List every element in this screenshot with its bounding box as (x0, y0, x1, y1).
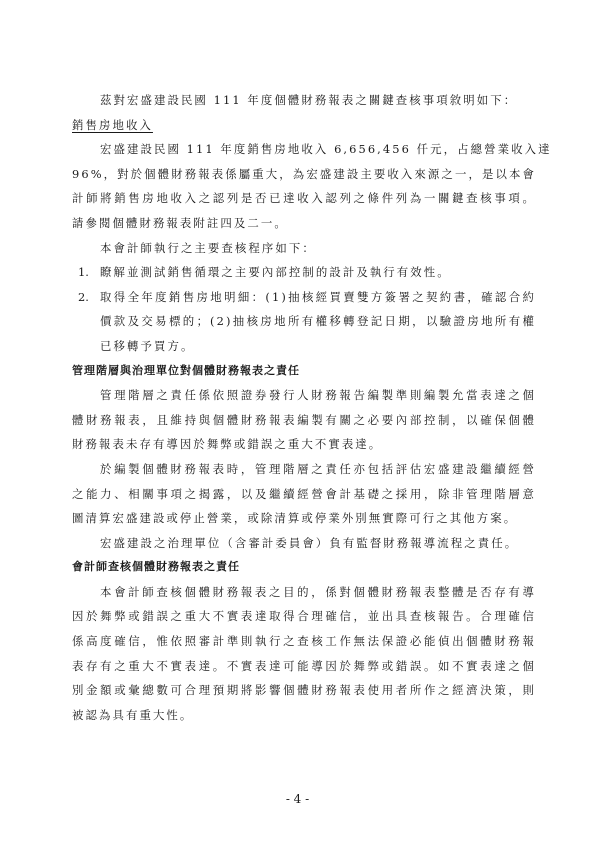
document-page: 茲對宏盛建設民國 111 年度個體財務報表之關鍵查核事項敘明如下： 銷售房地收入… (72, 88, 536, 727)
paragraph-line: 請參閱個體財務報表附註四及二一。 (72, 211, 536, 236)
paragraph-line: 宏盛建設之治理單位（含審計委員會）負有監督財務報導流程之責任。 (72, 531, 536, 556)
paragraph-line: 之能力、相關事項之揭露，以及繼續經營會計基礎之採用，除非管理階層意 (72, 482, 536, 507)
list-text-continued: 已移轉予買方。 (72, 334, 536, 359)
list-number: 1. (78, 260, 89, 285)
paragraph-line: 財務報表未存有導因於舞弊或錯誤之重大不實表達。 (72, 432, 536, 457)
page-number: - 4 - (0, 792, 595, 806)
paragraph-line: 體財務報表，且維持與個體財務報表編製有關之必要內部控制，以確保個體 (72, 408, 536, 433)
paragraph-line: 因於舞弊或錯誤之重大不實表達取得合理確信，並出具查核報告。合理確信 (72, 604, 536, 629)
paragraph-line: 96%，對於個體財務報表係屬重大，為宏盛建設主要收入來源之一，是以本會 (72, 162, 536, 187)
procedures-intro: 本會計師執行之主要查核程序如下： (72, 236, 536, 261)
list-text: 取得全年度銷售房地明細：(1)抽核經買賣雙方簽署之契約書，確認合約 (100, 285, 536, 310)
section-heading-management-responsibility: 管理階層與治理單位對個體財務報表之責任 (72, 359, 536, 384)
paragraph-line: 表存有之重大不實表達。不實表達可能導因於舞弊或錯誤。如不實表達之個 (72, 654, 536, 679)
section-heading-auditor-responsibility: 會計師查核個體財務報表之責任 (72, 555, 536, 580)
list-number: 2. (78, 285, 89, 310)
paragraph-line: 本會計師查核個體財務報表之目的，係對個體財務報表整體是否存有導 (72, 580, 536, 605)
paragraph-line: 於編製個體財務報表時，管理階層之責任亦包括評估宏盛建設繼續經營 (72, 457, 536, 482)
list-text-continued: 價款及交易標的；(2)抽核房地所有權移轉登記日期，以驗證房地所有權 (72, 309, 536, 334)
intro-text: 茲對宏盛建設民國 111 年度個體財務報表之關鍵查核事項敘明如下： (72, 88, 536, 113)
section-heading-sales-revenue: 銷售房地收入 (72, 113, 536, 138)
procedure-item-2: 2. 取得全年度銷售房地明細：(1)抽核經買賣雙方簽署之契約書，確認合約 (72, 285, 536, 310)
procedure-item-1: 1. 瞭解並測試銷售循環之主要內部控制的設計及執行有效性。 (72, 260, 536, 285)
paragraph-line: 係高度確信，惟依照審計準則執行之查核工作無法保證必能偵出個體財務報 (72, 629, 536, 654)
paragraph-line: 被認為具有重大性。 (72, 703, 536, 728)
paragraph-line: 別金額或彙總數可合理預期將影響個體財務報表使用者所作之經濟決策，則 (72, 678, 536, 703)
paragraph-line: 圖清算宏盛建設或停止營業，或除清算或停業外別無實際可行之其他方案。 (72, 506, 536, 531)
paragraph-line: 計師將銷售房地收入之認列是否已達收入認列之條件列為一關鍵查核事項。 (72, 186, 536, 211)
paragraph-line: 宏盛建設民國 111 年度銷售房地收入 6,656,456 仟元，占總營業收入達 (72, 137, 536, 162)
list-text: 瞭解並測試銷售循環之主要內部控制的設計及執行有效性。 (100, 265, 451, 279)
paragraph-line: 管理階層之責任係依照證券發行人財務報告編製準則編製允當表達之個 (72, 383, 536, 408)
